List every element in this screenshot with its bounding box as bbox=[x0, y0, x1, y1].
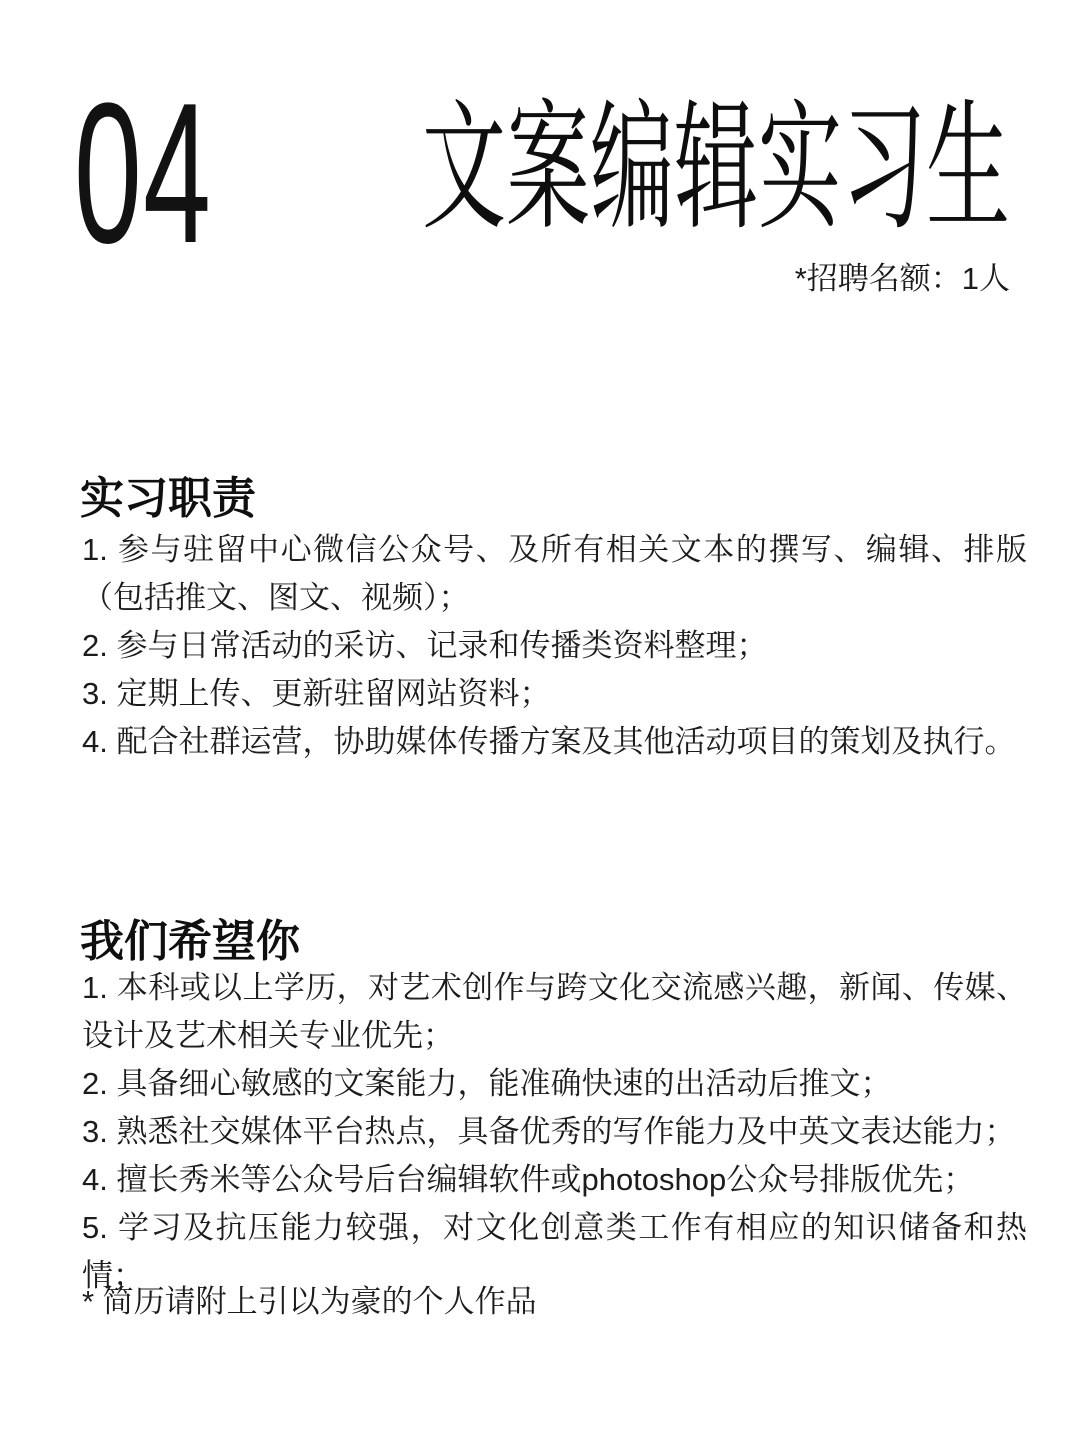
list-item: 3. 定期上传、更新驻留网站资料； bbox=[82, 670, 1027, 718]
list-item: 2. 参与日常活动的采访、记录和传播类资料整理； bbox=[82, 622, 1027, 670]
list-item: 2. 具备细心敏感的文案能力，能准确快速的出活动后推文； bbox=[82, 1060, 1027, 1108]
list-item: 1. 参与驻留中心微信公众号、及所有相关文本的撰写、编辑、排版（包括推文、图文、… bbox=[82, 526, 1027, 622]
job-posting-page: 04 文案编辑实习生 *招聘名额：1人 实习职责 1. 参与驻留中心微信公众号、… bbox=[0, 0, 1080, 1440]
portfolio-footnote: * 简历请附上引以为豪的个人作品 bbox=[82, 1278, 537, 1326]
section-heading-duties: 实习职责 bbox=[80, 474, 256, 525]
list-item: 4. 配合社群运营，协助媒体传播方案及其他活动项目的策划及执行。 bbox=[82, 718, 1027, 766]
recruitment-quota-note: *招聘名额：1人 bbox=[795, 260, 1010, 297]
list-item: 1. 本科或以上学历，对艺术创作与跨文化交流感兴趣，新闻、传媒、设计及艺术相关专… bbox=[82, 964, 1027, 1060]
list-item: 3. 熟悉社交媒体平台热点，具备优秀的写作能力及中英文表达能力； bbox=[82, 1108, 1027, 1156]
page-title: 文案编辑实习生 bbox=[422, 98, 1010, 238]
requirements-list: 1. 本科或以上学历，对艺术创作与跨文化交流感兴趣，新闻、传媒、设计及艺术相关专… bbox=[82, 964, 1027, 1300]
duties-list: 1. 参与驻留中心微信公众号、及所有相关文本的撰写、编辑、排版（包括推文、图文、… bbox=[82, 526, 1027, 766]
page-number: 04 bbox=[74, 74, 212, 274]
section-heading-requirements: 我们希望你 bbox=[80, 917, 300, 968]
list-item: 4. 擅长秀米等公众号后台编辑软件或photoshop公众号排版优先； bbox=[82, 1156, 1027, 1204]
